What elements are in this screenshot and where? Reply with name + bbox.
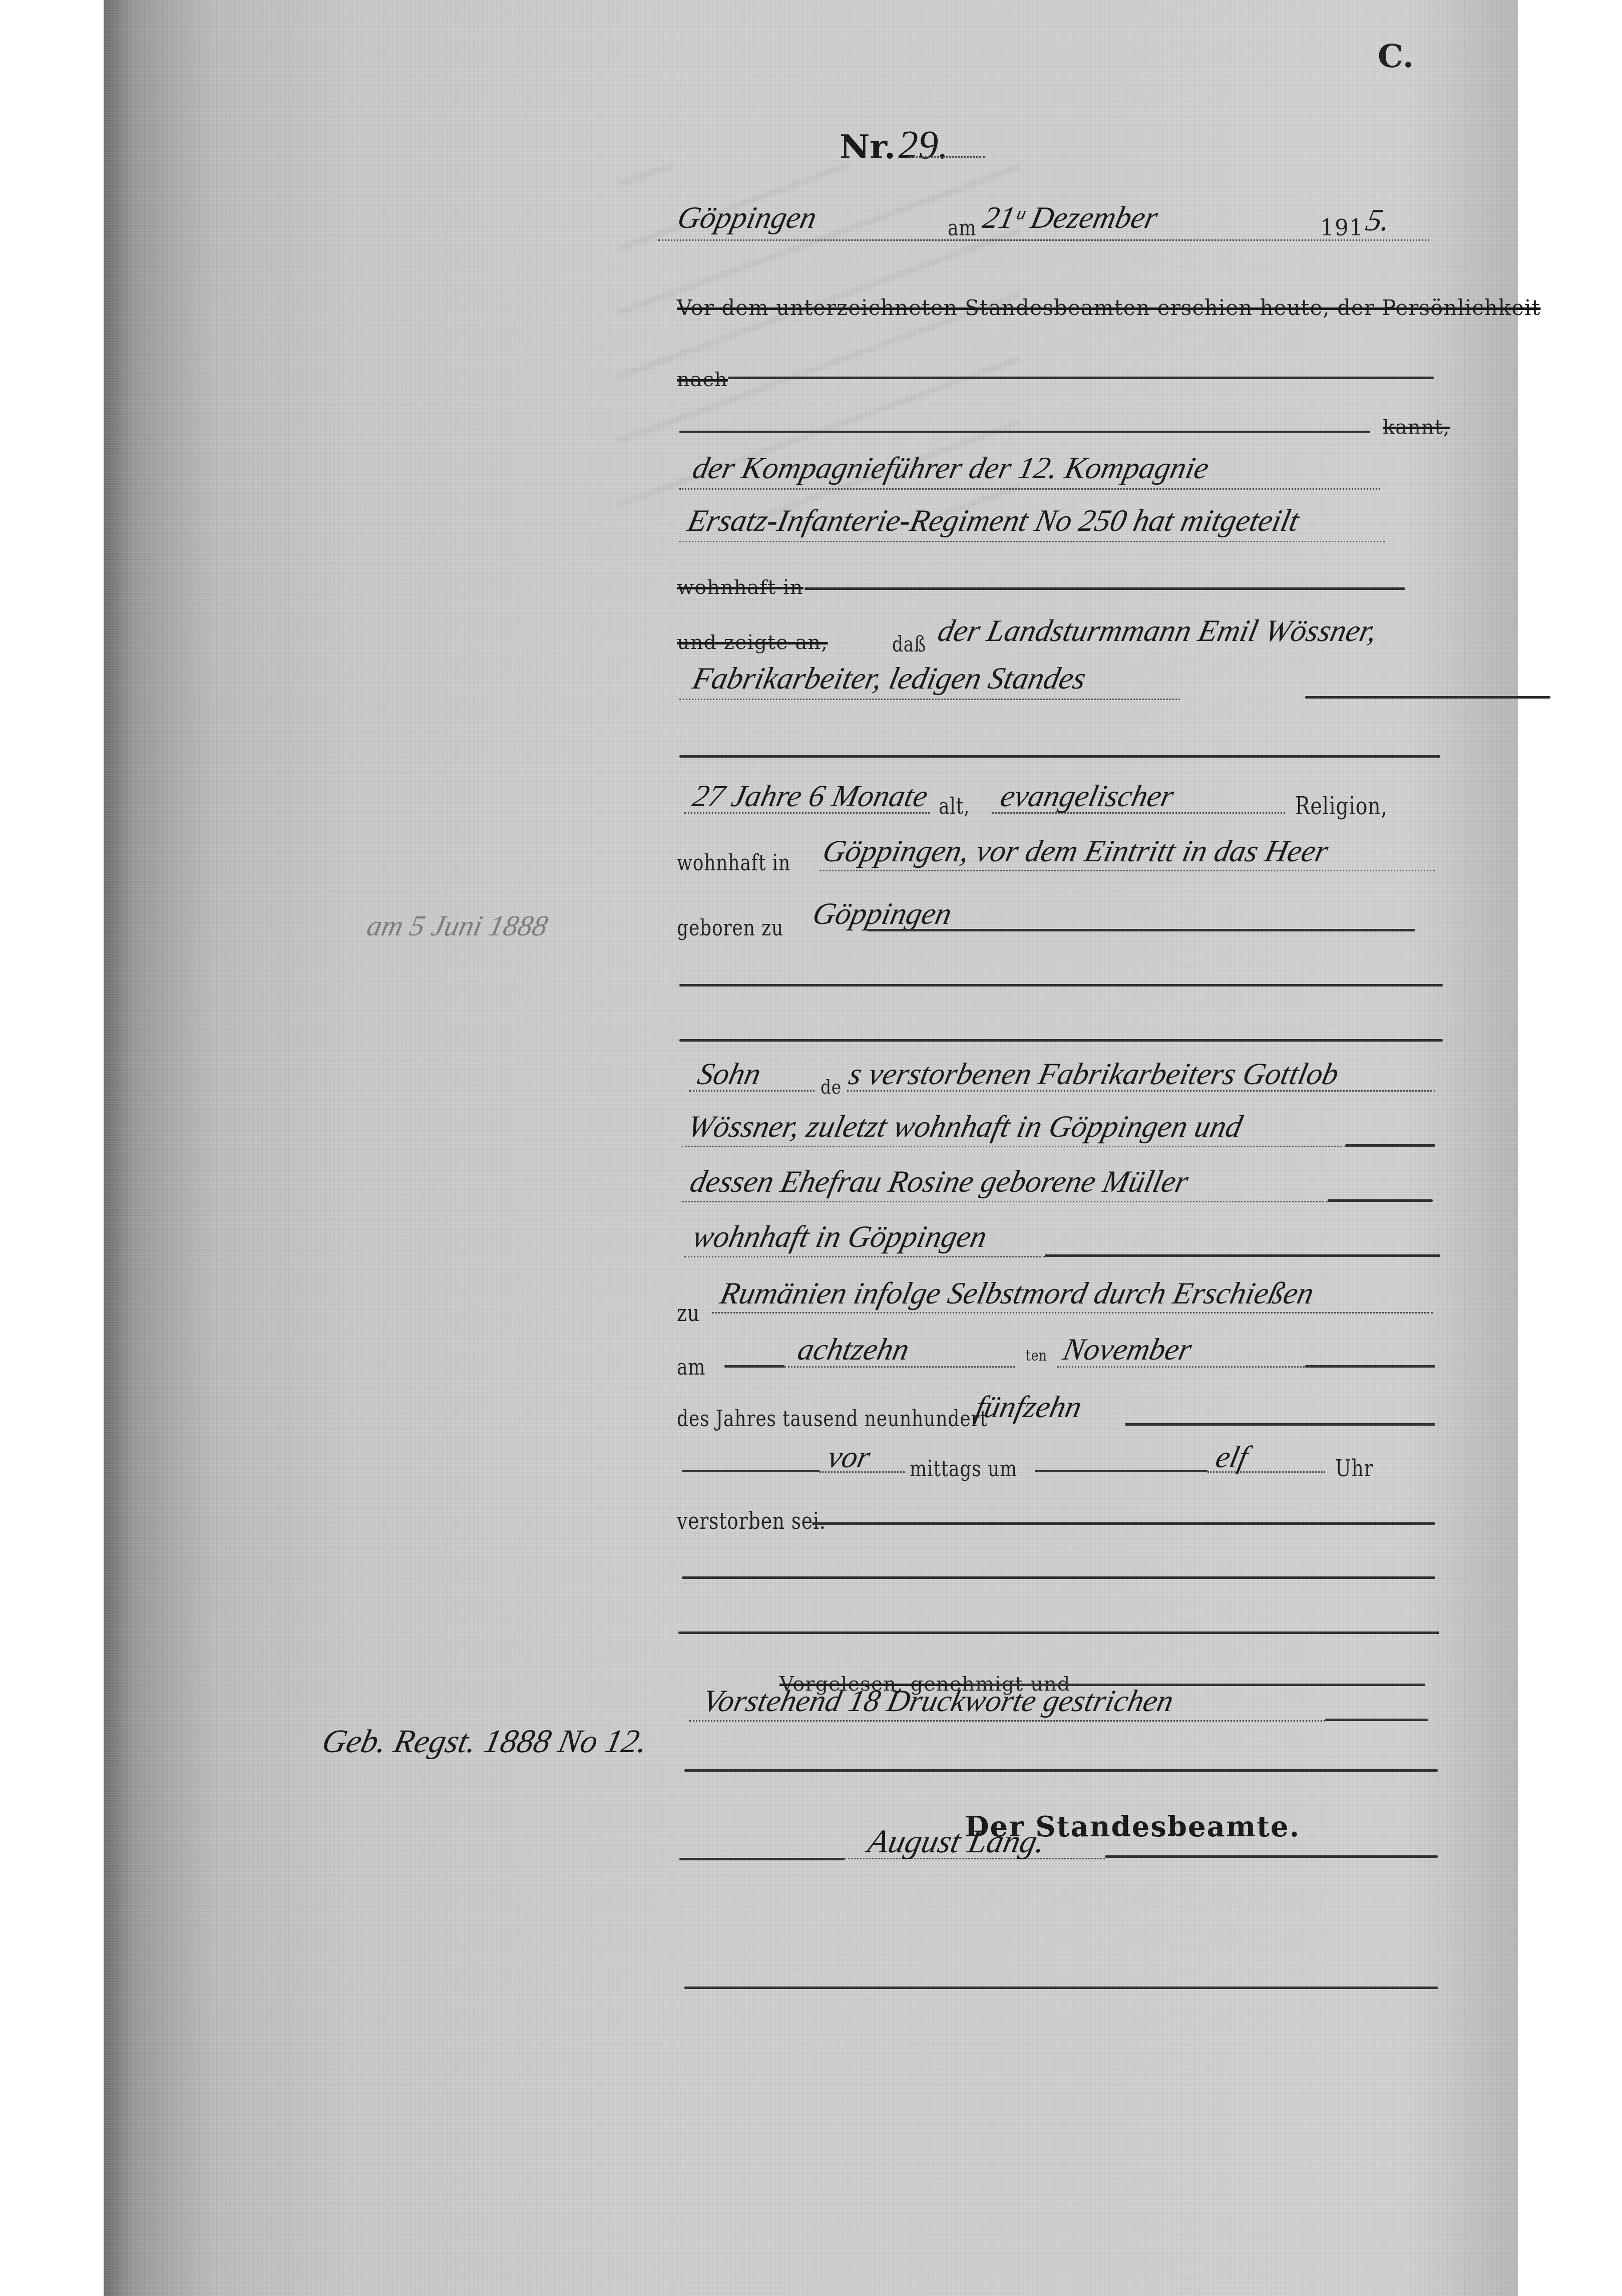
entry-number-value: 29. xyxy=(898,123,948,167)
am-death-label: am xyxy=(677,1355,705,1380)
death-month: November xyxy=(1060,1332,1195,1368)
zu-label: zu xyxy=(677,1299,700,1327)
de-label: de xyxy=(821,1076,842,1099)
entry-number: Nr. 29. xyxy=(840,123,948,168)
residence-value: Göppingen, vor dem Eintritt in das Heer xyxy=(820,834,1331,869)
death-hour: elf xyxy=(1212,1440,1251,1475)
entry-number-label: Nr. xyxy=(840,127,896,166)
register-page: C. Nr. 29. Göppingen am 21ᵘ Dezember 191… xyxy=(104,0,1518,2296)
corner-mark: C. xyxy=(1378,38,1414,75)
verstorben-label: verstorben sei. xyxy=(677,1507,826,1534)
religion-value: evangelischer xyxy=(997,779,1177,814)
year-written: 5. xyxy=(1363,203,1394,238)
wohnhaft-label: wohnhaft in xyxy=(677,850,790,876)
intro-text-struck: Vor dem unterzeichneten Standesbeamten e… xyxy=(677,295,1540,320)
mittags-label: mittags um xyxy=(910,1456,1017,1482)
birthplace-value: Göppingen xyxy=(809,896,955,932)
parents-line-1: s verstorbenen Fabrikarbeiters Gottlob xyxy=(846,1057,1342,1092)
informant-line-2: Ersatz-Infanterie-Regiment No 250 hat mi… xyxy=(684,503,1302,539)
death-day: achtzehn xyxy=(794,1332,912,1368)
year-printed: 191 xyxy=(1320,215,1364,241)
strike-note: Vorstehend 18 Druckworte gestrichen xyxy=(699,1684,1177,1719)
parents-line-2: Wössner, zuletzt wohnhaft in Göppingen u… xyxy=(684,1109,1246,1145)
kannt-struck: kannt, xyxy=(1383,416,1450,439)
margin-note-birth-register: Geb. Regst. 1888 No 12. xyxy=(319,1723,651,1761)
deceased-line-2: Fabrikarbeiter, ledigen Standes xyxy=(689,661,1089,697)
und-zeigte-an-struck: und zeigte an, xyxy=(677,631,828,654)
age-value: 27 Jahre 6 Monate xyxy=(689,779,931,814)
place-of-death: Rumänien infolge Selbstmord durch Erschi… xyxy=(717,1276,1317,1311)
death-year-words: fünfzehn xyxy=(972,1390,1085,1425)
dass-label: daß xyxy=(892,632,926,657)
year-label: des Jahres tausend neunhundert xyxy=(677,1406,988,1432)
informant-line-1: der Kompagnieführer der 12. Kompagnie xyxy=(689,451,1212,486)
registration-place: Göppingen xyxy=(674,200,820,236)
registrar-signature: August Lang. xyxy=(865,1823,1049,1861)
registration-date: 21ᵘ Dezember xyxy=(980,200,1161,236)
parents-line-4: wohnhaft in Göppingen xyxy=(689,1219,990,1255)
parents-line-3: dessen Ehefrau Rosine geborene Müller xyxy=(687,1164,1191,1200)
geboren-label: geboren zu xyxy=(677,915,783,941)
alt-label: alt, xyxy=(939,794,970,819)
ten-label: ten xyxy=(1026,1347,1047,1365)
uhr-label: Uhr xyxy=(1335,1455,1374,1482)
religion-label: Religion, xyxy=(1295,792,1388,820)
parent-prefix: Sohn xyxy=(694,1057,764,1092)
nach-struck: nach xyxy=(677,368,728,391)
margin-note-birthdate: am 5 Juni 1888 xyxy=(364,909,551,942)
wohnhaft-in-struck: wohnhaft in xyxy=(677,576,803,599)
time-prefix: vor xyxy=(825,1440,874,1475)
am-label: am xyxy=(948,215,976,241)
deceased-line-1: der Landsturmmann Emil Wössner, xyxy=(935,613,1380,649)
